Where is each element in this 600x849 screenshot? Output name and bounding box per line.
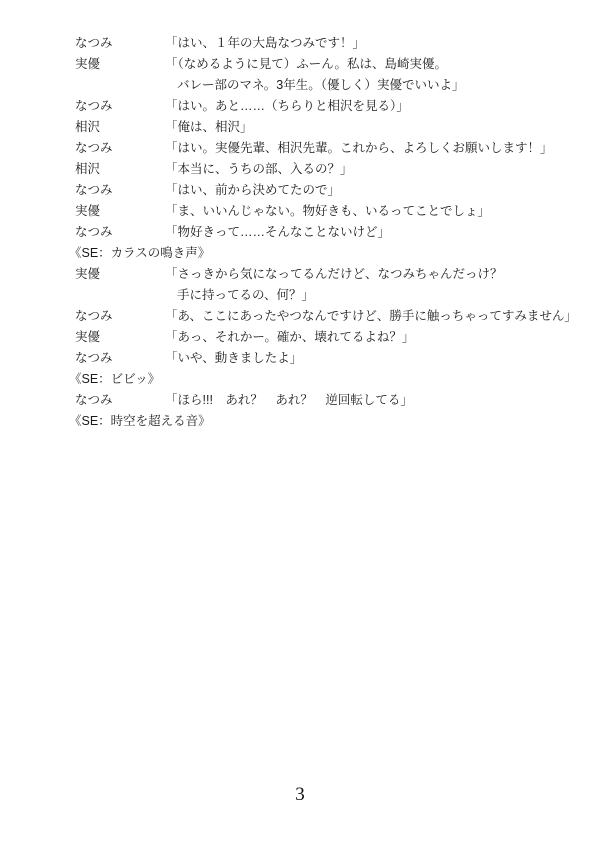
- script-line-sound-effect: 《SE：カラスの鳴き声》: [75, 243, 592, 264]
- script-line: 手に持ってるの、何？」: [75, 285, 592, 306]
- script-line: なつみ 「いや、動きましたよ」: [75, 348, 592, 369]
- speaker-name: 相沢: [75, 159, 165, 180]
- script-line: なつみ 「はい、前から決めてたので」: [75, 180, 592, 201]
- dialogue-text: 「いや、動きましたよ」: [165, 348, 592, 369]
- page-number: 3: [0, 784, 600, 806]
- script-line-sound-effect: 《SE：ビビッ》: [75, 369, 592, 390]
- dialogue-text: 「俺は、相沢」: [165, 117, 592, 138]
- speaker-name: 相沢: [75, 117, 165, 138]
- script-line: なつみ 「はい、１年の大島なつみです！」: [75, 33, 592, 54]
- script-line-sound-effect: 《SE：時空を超える音》: [75, 411, 592, 432]
- dialogue-text: 「あ、ここにあったやつなんですけど、勝手に触っちゃってすみません」: [165, 306, 592, 327]
- script-line: 実優 「ま、いいんじゃない。物好きも、いるってことでしょ」: [75, 201, 592, 222]
- dialogue-text: バレー部のマネ。3年生。（優しく）実優でいいよ」: [165, 75, 592, 96]
- script-line: 実優 「さっきから気になってるんだけど、なつみちゃんだっけ？: [75, 264, 592, 285]
- speaker-name: 実優: [75, 264, 165, 285]
- dialogue-text: 「はい。実優先輩、相沢先輩。これから、よろしくお願いします！」: [165, 138, 592, 159]
- sound-effect-text: 《SE：時空を超える音》: [69, 411, 211, 432]
- dialogue-text: 「はい。あと……（ちらりと相沢を見る）」: [165, 96, 592, 117]
- speaker-name: なつみ: [75, 390, 165, 411]
- speaker-name: なつみ: [75, 222, 165, 243]
- dialogue-text: 「さっきから気になってるんだけど、なつみちゃんだっけ？: [165, 264, 592, 285]
- dialogue-text: 「ま、いいんじゃない。物好きも、いるってことでしょ」: [165, 201, 592, 222]
- speaker-name: 実優: [75, 327, 165, 348]
- dialogue-text: 「ほら!!! あれ？ あれ？ 逆回転してる」: [165, 390, 592, 411]
- script-line: 相沢 「俺は、相沢」: [75, 117, 592, 138]
- document-page: なつみ 「はい、１年の大島なつみです！」 実優 「（なめるように見て）ふーん。私…: [0, 0, 600, 849]
- speaker-name: なつみ: [75, 33, 165, 54]
- script-line: なつみ 「ほら!!! あれ？ あれ？ 逆回転してる」: [75, 390, 592, 411]
- script-line: なつみ 「物好きって……そんなことないけど」: [75, 222, 592, 243]
- sound-effect-text: 《SE：ビビッ》: [69, 369, 160, 390]
- dialogue-text: 「本当に、うちの部、入るの？」: [165, 159, 592, 180]
- dialogue-text: 「はい、１年の大島なつみです！」: [165, 33, 592, 54]
- sound-effect-text: 《SE：カラスの鳴き声》: [69, 243, 210, 264]
- speaker-name: なつみ: [75, 180, 165, 201]
- speaker-name: 実優: [75, 201, 165, 222]
- speaker-name: なつみ: [75, 306, 165, 327]
- script-line: 相沢 「本当に、うちの部、入るの？」: [75, 159, 592, 180]
- speaker-name: なつみ: [75, 138, 165, 159]
- script-line: なつみ 「あ、ここにあったやつなんですけど、勝手に触っちゃってすみません」: [75, 306, 592, 327]
- dialogue-text: 「物好きって……そんなことないけど」: [165, 222, 592, 243]
- dialogue-text: 「（なめるように見て）ふーん。私は、島崎実優。: [165, 54, 592, 75]
- speaker-name: 実優: [75, 54, 165, 75]
- dialogue-text: 「あっ、それかー。確か、壊れてるよね？」: [165, 327, 592, 348]
- script-line: 実優 「（なめるように見て）ふーん。私は、島崎実優。: [75, 54, 592, 75]
- dialogue-text: 「はい、前から決めてたので」: [165, 180, 592, 201]
- speaker-name: なつみ: [75, 348, 165, 369]
- script-body: なつみ 「はい、１年の大島なつみです！」 実優 「（なめるように見て）ふーん。私…: [75, 33, 592, 432]
- speaker-name: なつみ: [75, 96, 165, 117]
- script-line: なつみ 「はい。実優先輩、相沢先輩。これから、よろしくお願いします！」: [75, 138, 592, 159]
- dialogue-text: 手に持ってるの、何？」: [165, 285, 592, 306]
- script-line: バレー部のマネ。3年生。（優しく）実優でいいよ」: [75, 75, 592, 96]
- script-line: 実優 「あっ、それかー。確か、壊れてるよね？」: [75, 327, 592, 348]
- script-line: なつみ 「はい。あと……（ちらりと相沢を見る）」: [75, 96, 592, 117]
